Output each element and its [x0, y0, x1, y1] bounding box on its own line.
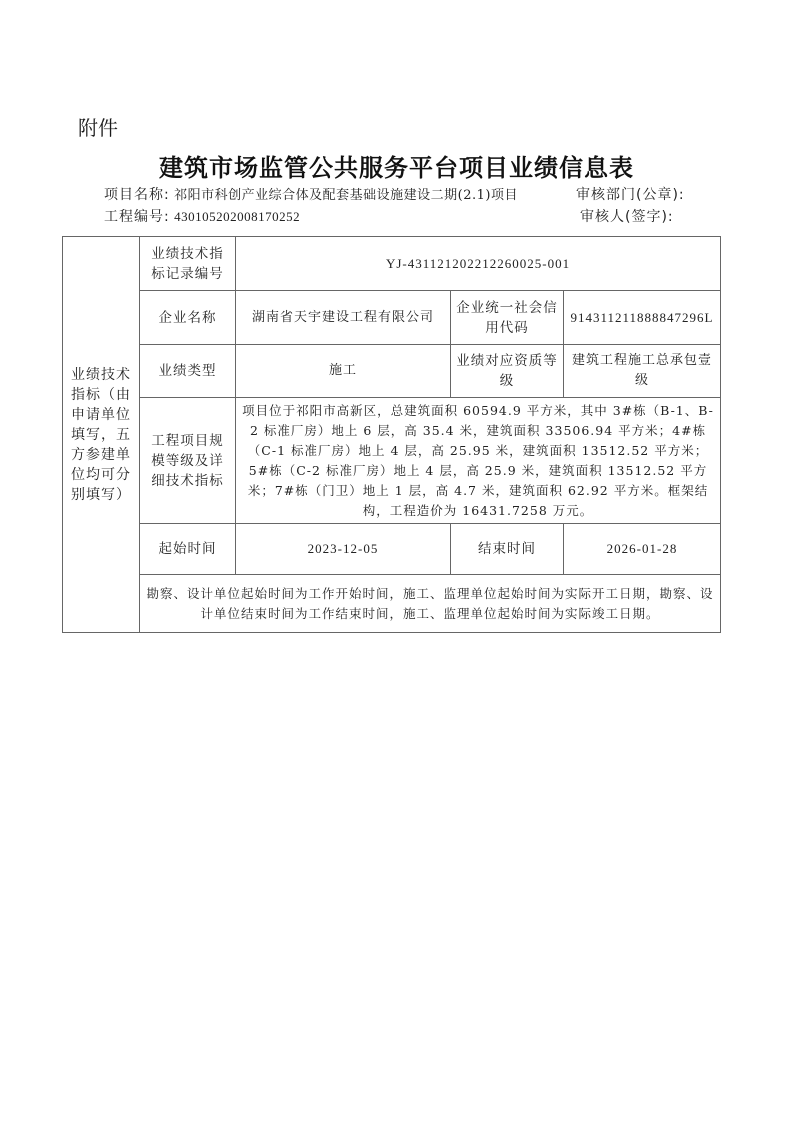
project-name-label: 项目名称:: [104, 187, 170, 203]
project-name-value: 祁阳市科创产业综合体及配套基础设施建设二期(2.1)项目: [174, 188, 518, 203]
company-row: 企业名称 湖南省天宇建设工程有限公司 企业统一社会信用代码 9143112118…: [63, 291, 721, 345]
attachment-label: 附件: [78, 112, 118, 141]
scale-row: 工程项目规模等级及详细技术指标 项目位于祁阳市高新区，总建筑面积 60594.9…: [63, 398, 721, 524]
review-dept-line: 审核部门(公章):: [576, 184, 685, 204]
side-label-line: 业绩技术: [68, 365, 134, 385]
side-label-line: 指标（由: [68, 385, 134, 405]
record-no-value: YJ-431121202212260025-001: [236, 237, 721, 291]
reviewer-label: 审核人(签字):: [580, 209, 674, 225]
note-row: 勘察、设计单位起始时间为工作开始时间，施工、监理单位起始时间为实际开工日期，勘察…: [63, 575, 721, 633]
start-date-label: 起始时间: [140, 524, 236, 575]
scale-label: 工程项目规模等级及详细技术指标: [140, 398, 236, 524]
project-code-label: 工程编号:: [104, 209, 170, 225]
credit-code-value: 914311211888847296L: [564, 291, 721, 345]
end-date-label: 结束时间: [451, 524, 564, 575]
side-label-line: 别填写）: [68, 485, 134, 505]
qualification-value: 建筑工程施工总承包壹级: [564, 345, 721, 398]
record-no-label: 业绩技术指标记录编号: [140, 237, 236, 291]
company-name-value: 湖南省天宇建设工程有限公司: [236, 291, 451, 345]
side-label-cell: 业绩技术 指标（由 申请单位 填写，五 方参建单 位均可分 别填写）: [63, 237, 140, 633]
qualification-label: 业绩对应资质等级: [451, 345, 564, 398]
side-label-line: 申请单位: [68, 405, 134, 425]
side-label-line: 方参建单: [68, 445, 134, 465]
reviewer-line: 审核人(签字):: [580, 206, 674, 226]
side-label-line: 填写，五: [68, 425, 134, 445]
performance-type-label: 业绩类型: [140, 345, 236, 398]
project-name-line: 项目名称: 祁阳市科创产业综合体及配套基础设施建设二期(2.1)项目: [104, 184, 518, 204]
note-text: 勘察、设计单位起始时间为工作开始时间，施工、监理单位起始时间为实际开工日期，勘察…: [140, 575, 721, 633]
start-date-value: 2023-12-05: [236, 524, 451, 575]
document-title: 建筑市场监管公共服务平台项目业绩信息表: [0, 148, 793, 183]
credit-code-label: 企业统一社会信用代码: [451, 291, 564, 345]
record-no-row: 业绩技术 指标（由 申请单位 填写，五 方参建单 位均可分 别填写） 业绩技术指…: [63, 237, 721, 291]
performance-type-value: 施工: [236, 345, 451, 398]
side-label-line: 位均可分: [68, 465, 134, 485]
project-code-line: 工程编号: 430105202008170252: [104, 206, 300, 226]
type-row: 业绩类型 施工 业绩对应资质等级 建筑工程施工总承包壹级: [63, 345, 721, 398]
scale-value: 项目位于祁阳市高新区，总建筑面积 60594.9 平方米，其中 3#栋（B-1、…: [236, 398, 721, 524]
performance-info-table: 业绩技术 指标（由 申请单位 填写，五 方参建单 位均可分 别填写） 业绩技术指…: [62, 236, 721, 633]
review-dept-label: 审核部门(公章):: [576, 187, 685, 203]
project-code-value: 430105202008170252: [174, 209, 300, 224]
end-date-value: 2026-01-28: [564, 524, 721, 575]
dates-row: 起始时间 2023-12-05 结束时间 2026-01-28: [63, 524, 721, 575]
company-name-label: 企业名称: [140, 291, 236, 345]
